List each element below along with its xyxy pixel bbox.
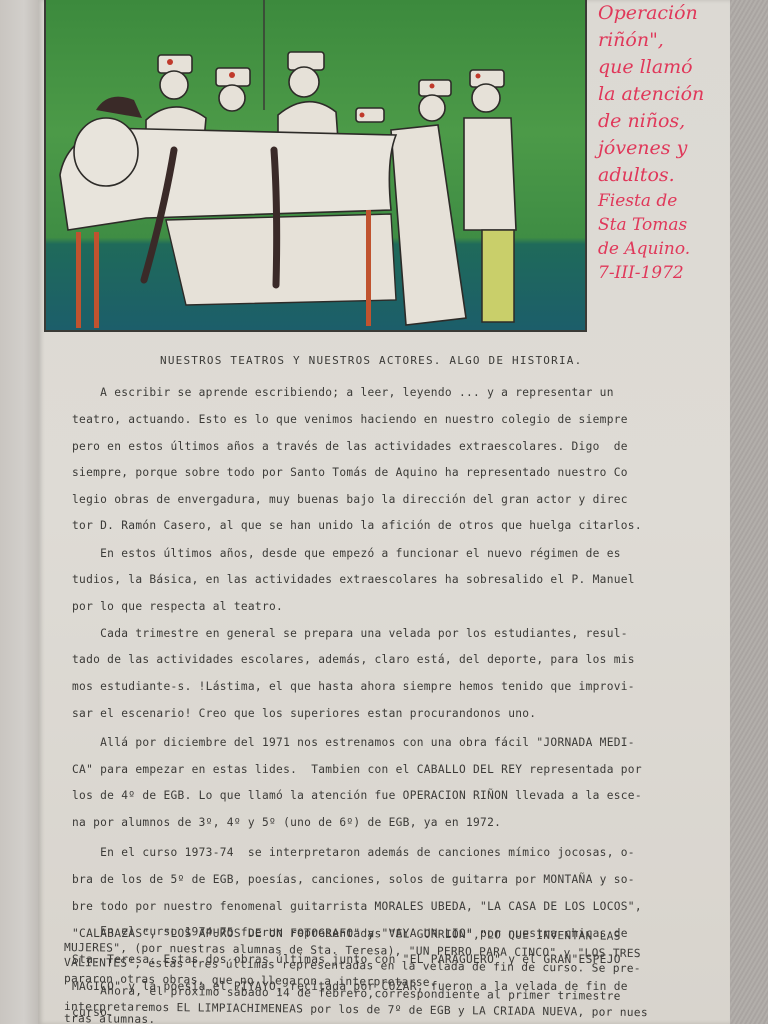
body-line: Cada trimestre en general se prepara una…	[72, 627, 712, 640]
caption-line: que llamó	[598, 54, 728, 81]
body-line: legio obras de envergadura, muy buenas b…	[72, 493, 712, 506]
body-line: tado de las actividades escolares, ademá…	[72, 653, 712, 666]
body-line: bra de los de 5º de EGB, poesías, cancio…	[72, 873, 712, 886]
body-line: En estos últimos años, desde que empezó …	[72, 547, 712, 560]
left-page-edge	[0, 0, 40, 1024]
background-fabric	[730, 0, 768, 1024]
caption-line: de Aquino.	[598, 237, 728, 261]
surgery-drawing	[44, 0, 587, 332]
handwritten-caption: Operación riñón", que llamó la atención …	[598, 0, 728, 285]
body-line: tudios, la Básica, en las actividades ex…	[72, 573, 712, 586]
caption-line: Sta Tomas	[598, 213, 728, 237]
body-line: pero en estos últimos años a través de l…	[72, 440, 712, 453]
document-title: NUESTROS TEATROS Y NUESTROS ACTORES. ALG…	[160, 354, 768, 367]
caption-line: la atención	[598, 81, 728, 108]
caption-line: Fiesta de	[598, 189, 728, 213]
body-line: na por alumnos de 3º, 4º y 5º (uno de 6º…	[72, 816, 712, 829]
body-line: sar el escenario! Creo que los superiore…	[72, 707, 712, 720]
body-line: siempre, porque sobre todo por Santo Tom…	[72, 466, 712, 479]
caption-line: de niños,	[598, 108, 728, 135]
caption-line: riñón",	[598, 27, 728, 54]
body-line: teatro, actuando. Esto es lo que venimos…	[72, 413, 712, 426]
drawing-illustration	[46, 0, 587, 332]
body-line: En el curso 1973-74 se interpretaron ade…	[72, 846, 712, 859]
caption-line: adultos.	[598, 162, 728, 189]
caption-line: jóvenes y	[598, 135, 728, 162]
caption-line: Operación	[598, 0, 728, 27]
body-line: por lo que respecta al teatro.	[72, 600, 712, 613]
body-line: mos estudiante-s. !Lástima, el que hasta…	[72, 680, 712, 693]
body-line: tor D. Ramón Casero, al que se han unido…	[72, 519, 712, 532]
body-line: los de 4º de EGB. Lo que llamó la atenci…	[72, 789, 712, 802]
body-line: CA" para empezar en estas lides. Tambien…	[72, 763, 712, 776]
body-line: A escribir se aprende escribiendo; a lee…	[72, 386, 712, 399]
body-line: Allá por diciembre del 1971 nos estrenam…	[72, 736, 712, 749]
caption-line: 7-III-1972	[598, 261, 728, 285]
body-line: bre todo por nuestro fenomenal guitarris…	[72, 900, 712, 913]
